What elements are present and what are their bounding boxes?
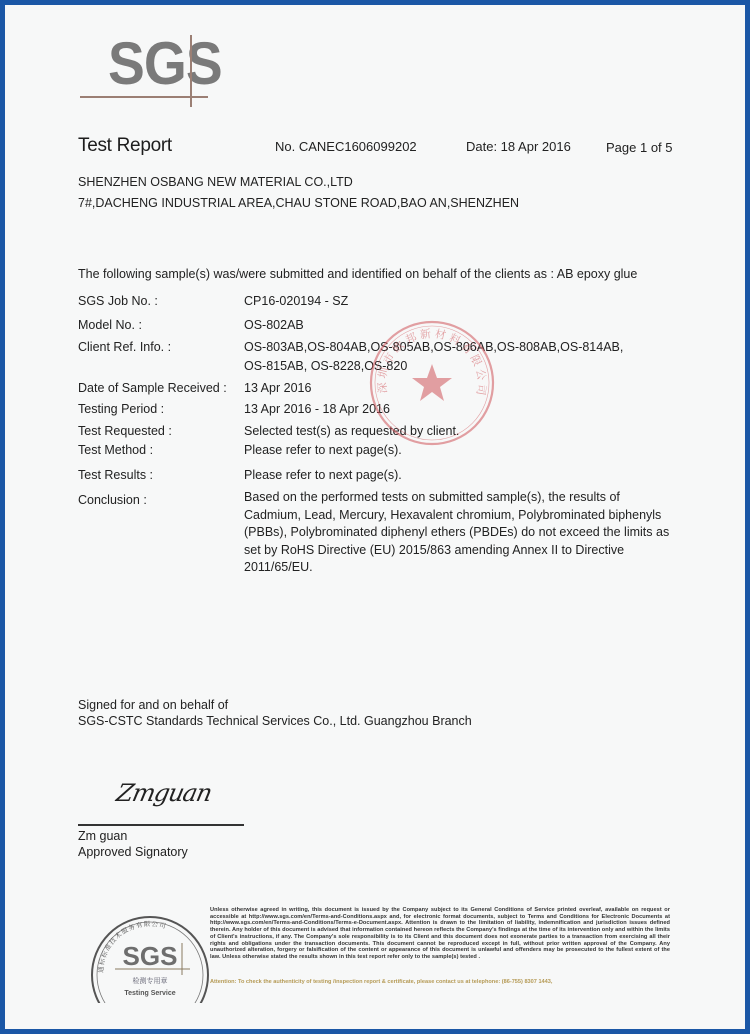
legal-disclaimer: Unless otherwise agreed in writing, this… (210, 907, 670, 961)
page-indicator: Page 1 of 5 (606, 140, 673, 155)
field-label-date-received: Date of Sample Received : (78, 381, 227, 395)
field-value-job-no: CP16-020194 - SZ (244, 292, 348, 311)
field-value-date-received: 13 Apr 2016 (244, 379, 311, 398)
sgs-testing-service-seal: 通标标准技术服务有限公司 SGS 检测专用章 Testing Service (85, 903, 215, 1003)
logo-vertical-line (190, 35, 192, 107)
sgs-logo: SGS (108, 29, 222, 98)
svg-text:SGS: SGS (123, 941, 178, 971)
signatory-role: Approved Signatory (78, 845, 188, 859)
report-title: Test Report (78, 135, 172, 157)
field-label-client-ref: Client Ref. Info. : (78, 340, 171, 354)
company-stamp: 深圳市欧邦新材料有限公司 (367, 318, 497, 448)
field-label-test-results: Test Results : (78, 468, 153, 482)
field-value-test-results: Please refer to next page(s). (244, 466, 402, 485)
field-label-conclusion: Conclusion : (78, 493, 147, 507)
field-label-job-no: SGS Job No. : (78, 294, 158, 308)
field-label-testing-period: Testing Period : (78, 402, 164, 416)
report-number: No. CANEC1606099202 (275, 139, 417, 154)
field-label-model-no: Model No. : (78, 318, 142, 332)
client-name: SHENZHEN OSBANG NEW MATERIAL CO.,LTD (78, 175, 353, 189)
client-address: 7#,DACHENG INDUSTRIAL AREA,CHAU STONE RO… (78, 196, 519, 210)
field-value-conclusion: Based on the performed tests on submitte… (244, 489, 674, 577)
field-value-model-no: OS-802AB (244, 316, 304, 335)
handwritten-signature: Zmguan (114, 779, 214, 807)
svg-text:检测专用章: 检测专用章 (133, 976, 168, 985)
svg-text:Testing Service: Testing Service (124, 990, 175, 997)
authenticity-notice: Attention: To check the authenticity of … (210, 979, 670, 985)
report-date: Date: 18 Apr 2016 (466, 139, 571, 154)
logo-underline (80, 96, 208, 98)
sample-intro: The following sample(s) was/were submitt… (78, 267, 637, 281)
field-label-test-method: Test Method : (78, 443, 153, 457)
signed-on-behalf-line1: Signed for and on behalf of (78, 698, 228, 712)
field-label-test-requested: Test Requested : (78, 424, 172, 438)
report-page: SGS Test Report No. CANEC1606099202 Date… (5, 5, 745, 1029)
signature-line (78, 824, 244, 826)
signatory-name: Zm guan (78, 829, 127, 843)
signed-on-behalf-line2: SGS-CSTC Standards Technical Services Co… (78, 714, 472, 728)
